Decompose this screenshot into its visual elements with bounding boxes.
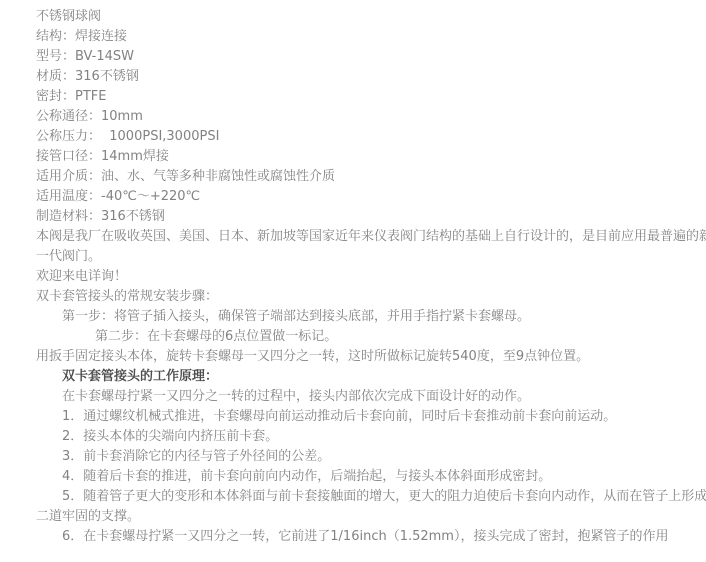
principle-item-3: 3．前卡套消除它的内径与管子外径间的公差。 <box>36 447 706 467</box>
product-title: 不锈钢球阀 <box>36 7 706 27</box>
working-principle-intro: 在卡套螺母拧紧一又四分之一转的过程中，接头内部依次完成下面设计好的动作。 <box>36 387 706 407</box>
spec-pipe-diameter: 接管口径：14mm焊接 <box>36 147 706 167</box>
spec-applicable-media: 适用介质：油、水、气等多种非腐蚀性或腐蚀性介质 <box>36 167 706 187</box>
intro-paragraph-line-2: 一代阀门。 <box>36 247 706 267</box>
principle-item-1: 1．通过螺纹机械式推进，卡套螺母向前运动推动后卡套向前，同时后卡套推动前卡套向前… <box>36 407 706 427</box>
working-principle-heading: 双卡套管接头的工作原理： <box>36 367 706 387</box>
intro-paragraph-line-1: 本阀是我厂在吸收英国、美国、日本、新加坡等国家近年来仪表阀门结构的基础上自行设计… <box>36 227 706 247</box>
principle-item-6: 6．在卡套螺母拧紧一又四分之一转，它前进了1/16inch（1.52mm），接头… <box>36 527 706 547</box>
principle-item-4: 4．随着后卡套的推进，前卡套向前向内动作，后端抬起，与接头本体斜面形成密封。 <box>36 467 706 487</box>
spec-structure: 结构：焊接连接 <box>36 27 706 47</box>
spec-temperature-range: 适用温度：-40℃～+220℃ <box>36 187 706 207</box>
spec-nominal-pressure: 公称压力： 1000PSI,3000PSI <box>36 127 706 147</box>
product-document-page: 不锈钢球阀 结构：焊接连接 型号：BV-14SW 材质：316不锈钢 密封：PT… <box>0 0 706 562</box>
principle-item-5: 5．随着管子更大的变形和本体斜面与前卡套接触面的增大，更大的阻力迫使后卡套向内动… <box>36 487 706 507</box>
spec-seal: 密封：PTFE <box>36 87 706 107</box>
install-step-2: 第二步：在卡套螺母的6点位置做一标记。 <box>36 327 706 347</box>
spec-model: 型号：BV-14SW <box>36 47 706 67</box>
install-step-3: 用扳手固定接头本体，旋转卡套螺母一又四分之一转，这时所做标记旋转540度，至9点… <box>36 347 706 367</box>
spec-manufacture-material: 制造材料：316不锈钢 <box>36 207 706 227</box>
principle-item-5-continued: 二道牢固的支撑。 <box>36 507 706 527</box>
principle-item-2: 2．接头本体的尖端向内挤压前卡套。 <box>36 427 706 447</box>
spec-material: 材质：316不锈钢 <box>36 67 706 87</box>
install-step-1: 第一步：将管子插入接头，确保管子端部达到接头底部，并用手指拧紧卡套螺母。 <box>36 307 706 327</box>
install-steps-heading: 双卡套管接头的常规安装步骤： <box>36 287 706 307</box>
contact-invitation-line: 欢迎来电详询！ <box>36 267 706 287</box>
spec-nominal-diameter: 公称通径：10mm <box>36 107 706 127</box>
